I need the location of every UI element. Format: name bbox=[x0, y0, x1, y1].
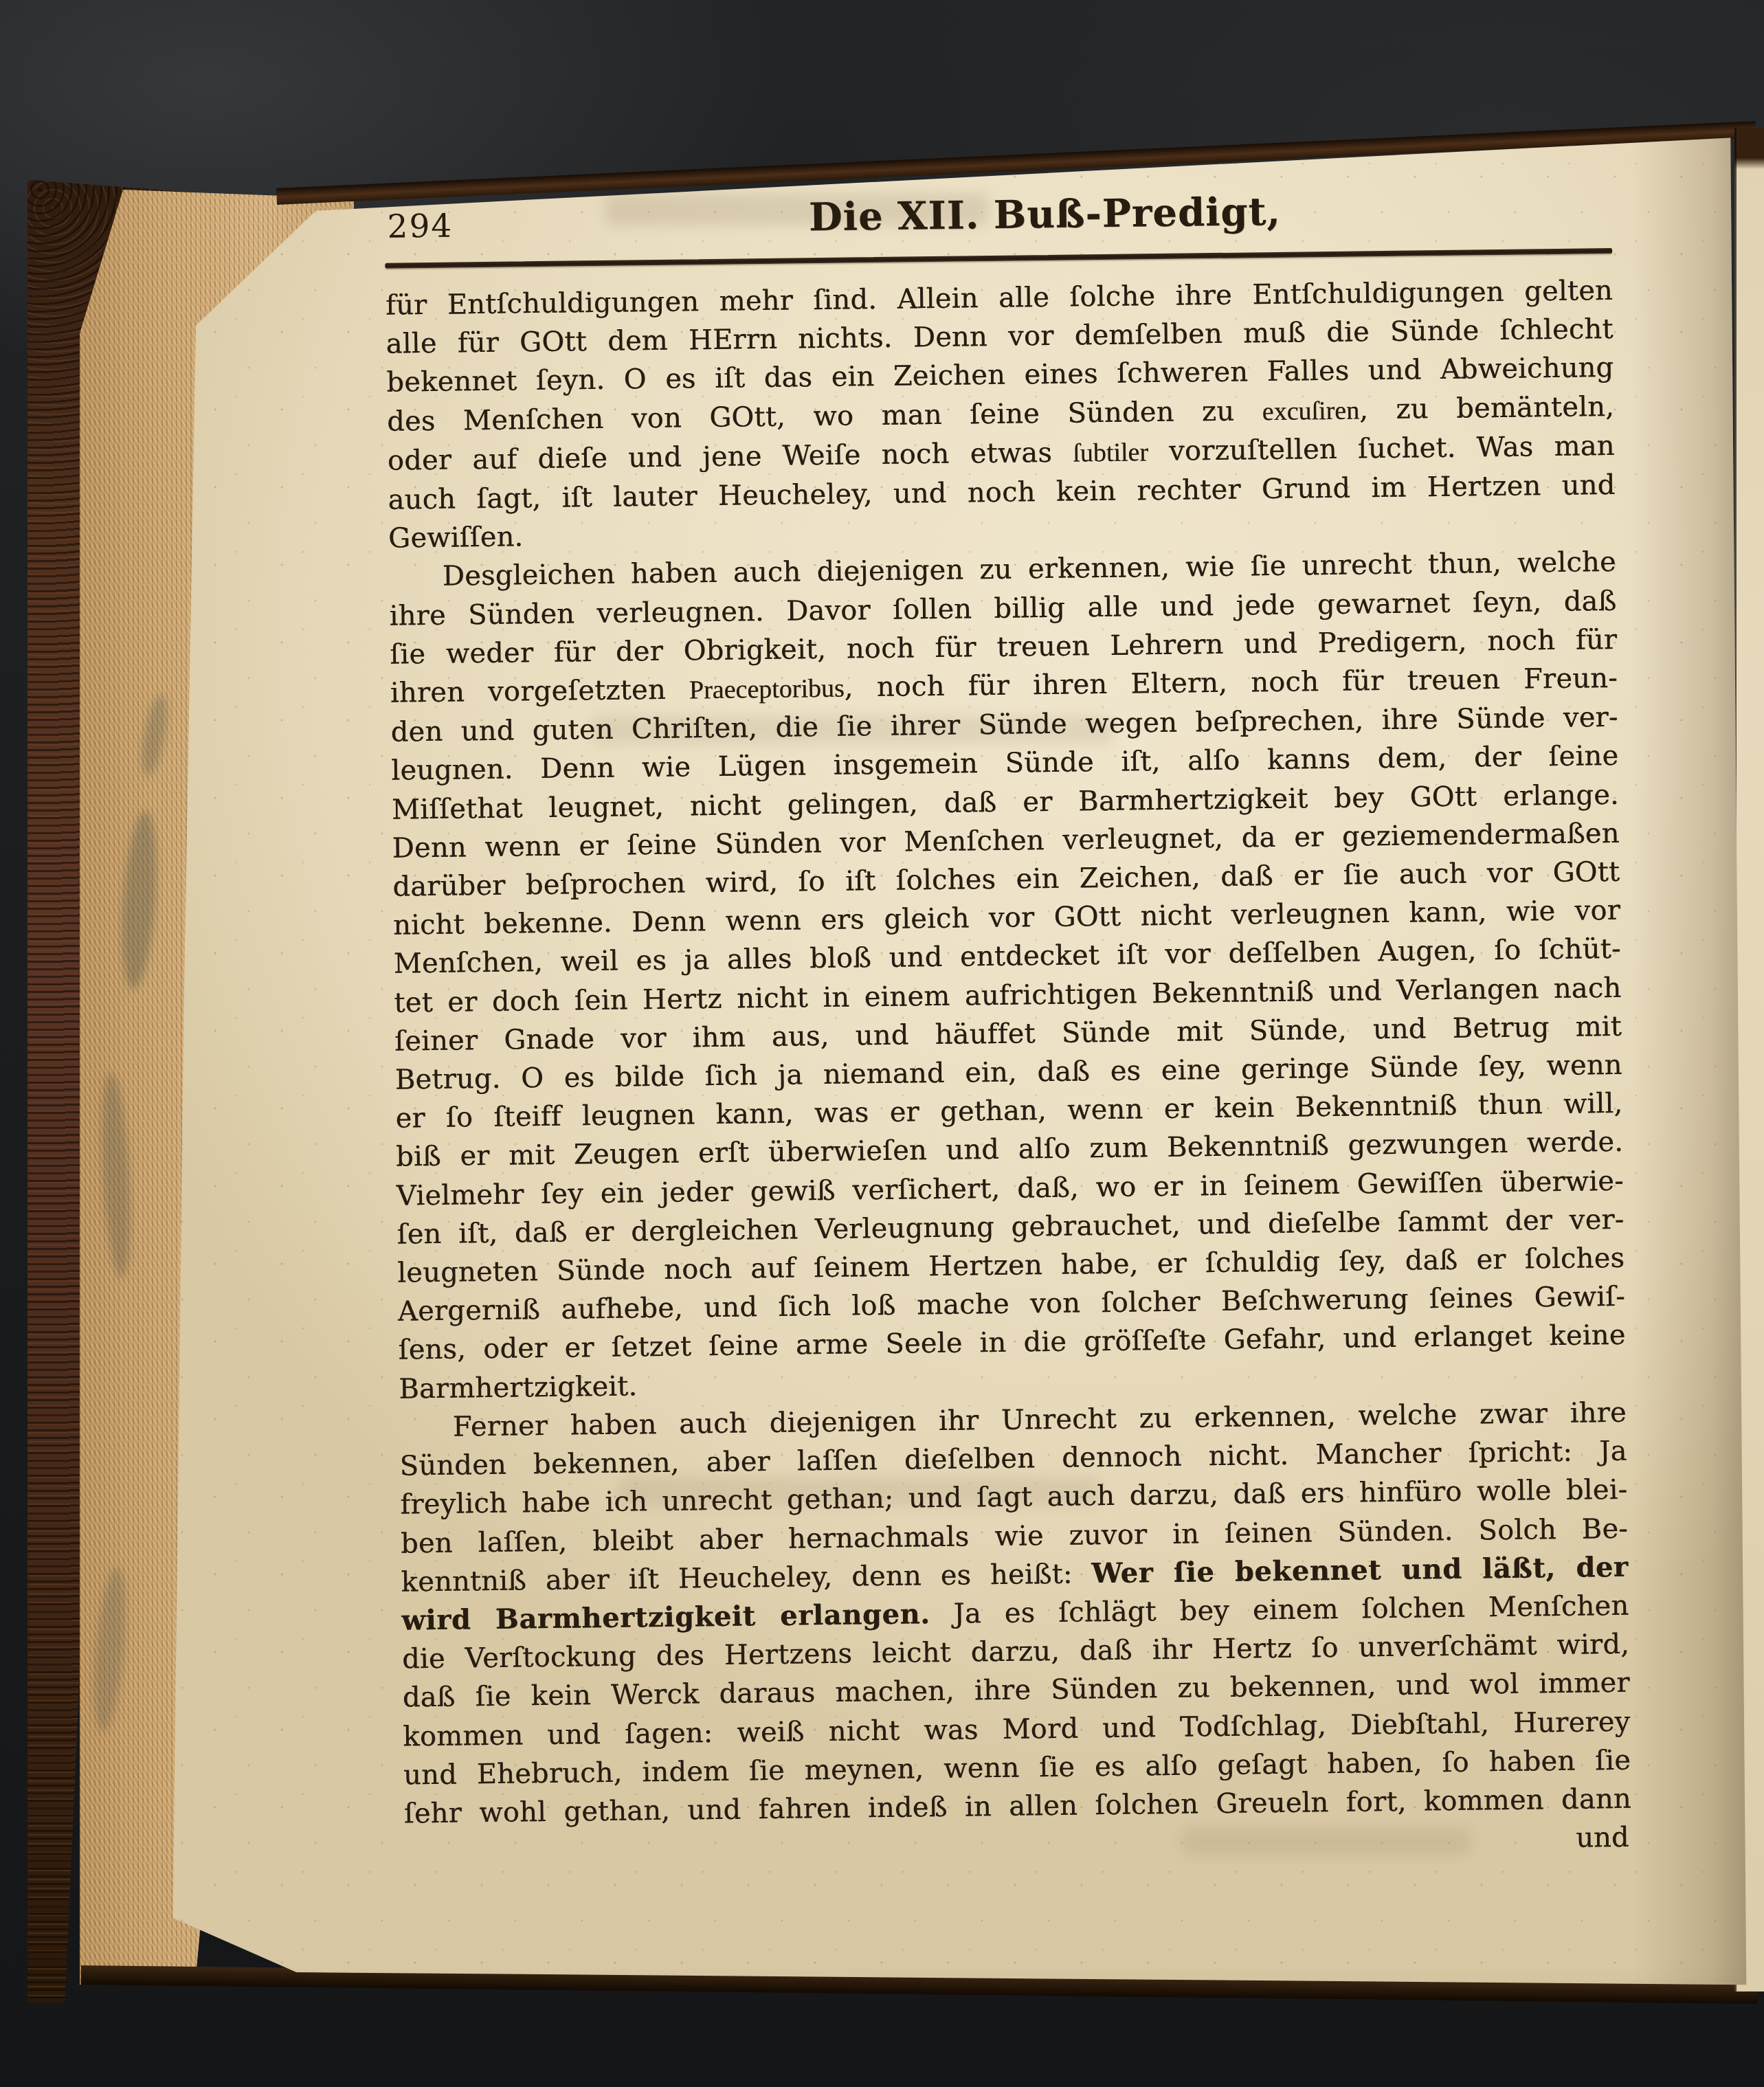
antiqua-text: ſubtiler bbox=[1073, 438, 1148, 467]
fraktur-text: , noch für ihren Eltern, noch für treuen… bbox=[844, 662, 1618, 704]
fraktur-text: kenntniß aber iſt Heucheley, denn es hei… bbox=[401, 1558, 1091, 1598]
fraktur-text: Barmhertzigkeit. bbox=[399, 1370, 638, 1405]
paragraph: für Entſchuldigungen mehr ſind. Allein a… bbox=[386, 271, 1616, 558]
bold-scripture-text: Wer ſie bekennet und läßt, der bbox=[1091, 1551, 1629, 1590]
fraktur-text: ihren vorgeſetzten bbox=[390, 673, 690, 708]
paragraph: Ferner haben auch diejenigen ihr Unrecht… bbox=[399, 1394, 1631, 1833]
page-number: 294 bbox=[387, 208, 453, 246]
printed-content: 294 Die XII. Buß-Predigt, für Entſchuldi… bbox=[384, 185, 1632, 1872]
body-text: für Entſchuldigungen mehr ſind. Allein a… bbox=[386, 271, 1631, 1833]
fraktur-text: oder auf dieſe und jene Weiſe noch etwas bbox=[387, 436, 1073, 476]
running-title: Die XII. Buß-Predigt, bbox=[809, 189, 1282, 240]
fraktur-text: , zu bemänteln, bbox=[1359, 391, 1614, 426]
antiqua-text: excuſiren bbox=[1262, 396, 1359, 426]
antiqua-text: Praeceptoribus bbox=[689, 674, 845, 705]
fraktur-text: des Menſchen von GOtt, wo man ſeine Sünd… bbox=[387, 395, 1262, 438]
bold-scripture-text: wird Barmhertzigkeit erlangen. bbox=[401, 1598, 930, 1636]
fraktur-text: Gewiſſen. bbox=[388, 522, 524, 555]
fraktur-text: vorzuſtellen ſuchet. Was man bbox=[1148, 430, 1615, 467]
fraktur-text: Ja es ſchlägt bey einem ſolchen Menſchen bbox=[930, 1590, 1629, 1630]
paragraph: Desgleichen haben auch diejenigen zu erk… bbox=[389, 543, 1627, 1408]
